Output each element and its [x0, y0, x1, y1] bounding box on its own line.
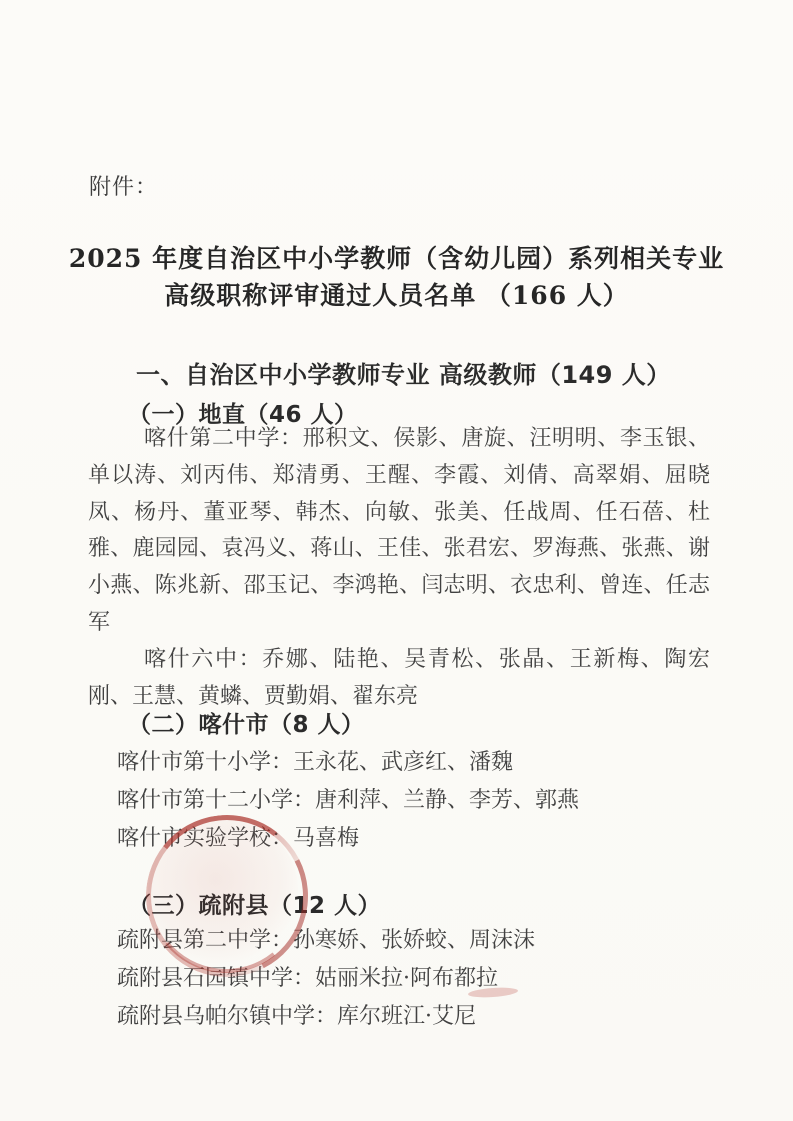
- name-list-kashgar-no2-middle-school: 喀什第二中学：邢积文、侯影、唐旋、汪明明、李玉银、单以涛、刘丙伟、郑清勇、王醒、…: [88, 421, 710, 642]
- document-page: 附件： 2025 年度自治区中小学教师（含幼儿园）系列相关专业 高级职称评审通过…: [0, 0, 793, 1121]
- title-line-2: 高级职称评审通过人员名单 （166 人）: [0, 277, 793, 314]
- subsection-heading-kashi-city: （二）喀什市（8 人）: [128, 706, 365, 739]
- line-kashi-experimental-school: 喀什市实验学校：马喜梅: [117, 820, 579, 858]
- shufu-county-name-lists: 疏附县第二中学：孙寒娇、张娇蛟、周沫沫 疏附县石园镇中学：姑丽米拉·阿布都拉 疏…: [117, 922, 535, 1036]
- line-kashi-no12-primary-school: 喀什市第十二小学：唐利萍、兰静、李芳、郭燕: [117, 782, 579, 820]
- heading-section-1: 一、自治区中小学教师专业 高级教师（149 人）: [136, 355, 671, 390]
- attachment-label: 附件：: [89, 170, 158, 201]
- line-kashi-no10-primary-school: 喀什市第十小学：王永花、武彦红、潘魏: [117, 744, 579, 782]
- title-line-1: 2025 年度自治区中小学教师（含幼儿园）系列相关专业: [0, 240, 793, 277]
- document-title: 2025 年度自治区中小学教师（含幼儿园）系列相关专业 高级职称评审通过人员名单…: [0, 240, 793, 314]
- name-list-kashgar-no6-middle-school: 喀什六中：乔娜、陆艳、吴青松、张晶、王新梅、陶宏刚、王慧、黄䗲、贾勤娟、翟东亮: [88, 642, 710, 716]
- subsection-heading-shufu-county: （三）疏附县（12 人）: [128, 887, 381, 920]
- dizhi-name-lists: 喀什第二中学：邢积文、侯影、唐旋、汪明明、李玉银、单以涛、刘丙伟、郑清勇、王醒、…: [88, 421, 710, 715]
- line-shufu-wupaer-middle-school: 疏附县乌帕尔镇中学：库尔班江·艾尼: [117, 998, 535, 1036]
- line-shufu-no2-middle-school: 疏附县第二中学：孙寒娇、张娇蛟、周沫沫: [117, 922, 535, 960]
- kashi-city-name-lists: 喀什市第十小学：王永花、武彦红、潘魏 喀什市第十二小学：唐利萍、兰静、李芳、郭燕…: [117, 744, 579, 858]
